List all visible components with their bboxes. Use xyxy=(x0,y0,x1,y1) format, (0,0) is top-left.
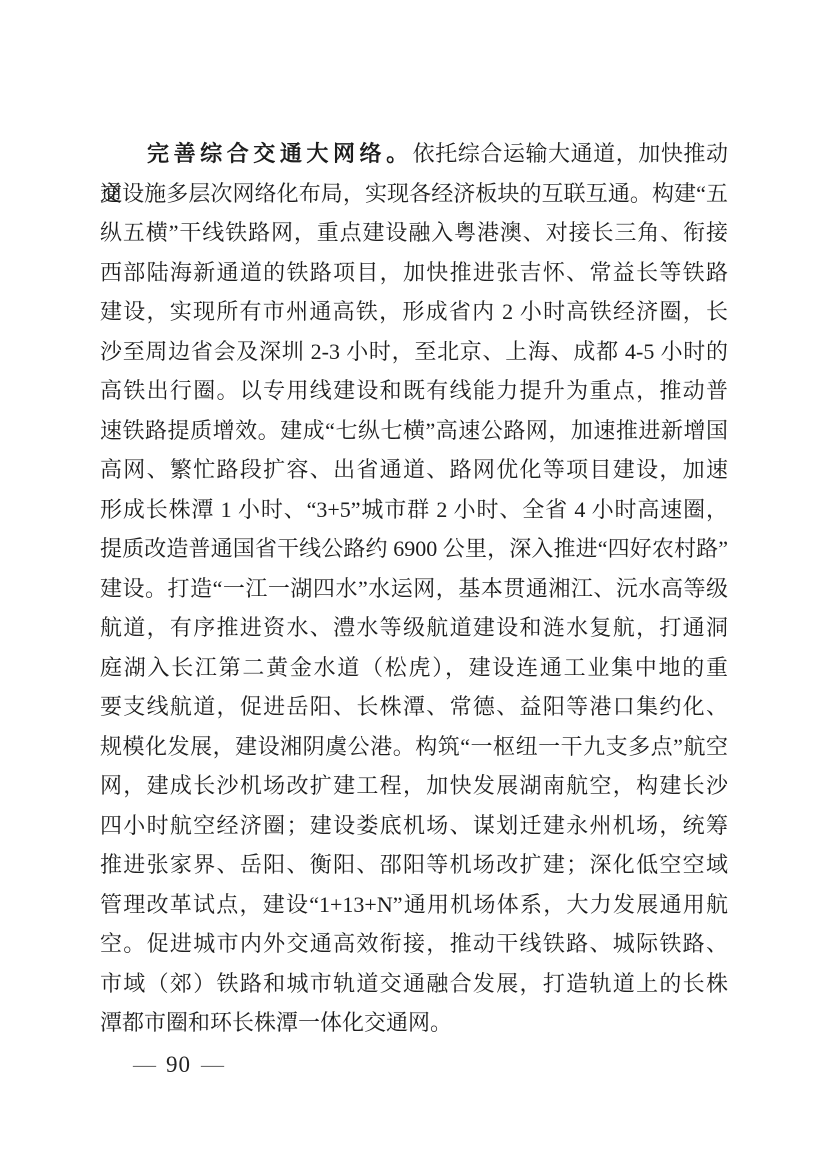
text-line: 形成长株潭 1 小时、“3+5”城市群 2 小时、全省 4 小时高速圈， xyxy=(100,490,728,530)
text-line: 西部陆海新通道的铁路项目，加快推进张吉怀、常益长等铁路 xyxy=(100,253,728,293)
text-line: 空。促进城市内外交通高效衔接，推动干线铁路、城际铁路、 xyxy=(100,924,728,964)
text-line: 完善综合交通大网络。依托综合运输大通道，加快推动交 xyxy=(100,134,728,174)
page-number: 90 xyxy=(166,1050,191,1080)
text-line: 网，建成长沙机场改扩建工程，加快发展湖南航空，构建长沙 xyxy=(100,766,728,806)
page-footer: — 90 — xyxy=(133,1050,224,1080)
text-line: 四小时航空经济圈；建设娄底机场、谋划迁建永州机场，统筹 xyxy=(100,806,728,846)
paragraph-heading: 完善综合交通大网络。 xyxy=(147,141,413,166)
text-line: 建设。打造“一江一湖四水”水运网，基本贯通湘江、沅水高等级 xyxy=(100,569,728,609)
text-line: 纵五横”干线铁路网，重点建设融入粤港澳、对接长三角、衔接 xyxy=(100,213,728,253)
text-line: 潭都市圈和环长株潭一体化交通网。 xyxy=(100,1003,728,1043)
text-line: 市域（郊）铁路和城市轨道交通融合发展，打造轨道上的长株 xyxy=(100,964,728,1004)
text-line: 管理改革试点，建设“1+13+N”通用机场体系，大力发展通用航 xyxy=(100,885,728,925)
text-line: 高铁出行圈。以专用线建设和既有线能力提升为重点，推动普 xyxy=(100,371,728,411)
paragraph: 完善综合交通大网络。依托综合运输大通道，加快推动交通设施多层次网络化布局，实现各… xyxy=(100,134,728,1043)
document-page: 完善综合交通大网络。依托综合运输大通道，加快推动交通设施多层次网络化布局，实现各… xyxy=(0,0,827,1169)
text-line: 规模化发展，建设湘阴虞公港。构筑“一枢纽一干九支多点”航空 xyxy=(100,727,728,767)
text-line: 提质改造普通国省干线公路约 6900 公里，深入推进“四好农村路” xyxy=(100,529,728,569)
footer-dash-left: — xyxy=(133,1050,156,1080)
text-line: 航道，有序推进资水、澧水等级航道建设和涟水复航，打通洞 xyxy=(100,608,728,648)
text-line: 通设施多层次网络化布局，实现各经济板块的互联互通。构建“五 xyxy=(100,174,728,214)
text-line: 庭湖入长江第二黄金水道（松虎），建设连通工业集中地的重 xyxy=(100,648,728,688)
text-line: 高网、繁忙路段扩容、出省通道、路网优化等项目建设，加速 xyxy=(100,450,728,490)
text-line: 推进张家界、岳阳、衡阳、邵阳等机场改扩建；深化低空空域 xyxy=(100,845,728,885)
text-line: 建设，实现所有市州通高铁，形成省内 2 小时高铁经济圈，长 xyxy=(100,292,728,332)
text-line: 速铁路提质增效。建成“七纵七横”高速公路网，加速推进新增国 xyxy=(100,411,728,451)
footer-dash-right: — xyxy=(201,1050,224,1080)
text-line: 沙至周边省会及深圳 2-3 小时，至北京、上海、成都 4-5 小时的 xyxy=(100,332,728,372)
text-line: 要支线航道，促进岳阳、长株潭、常德、益阳等港口集约化、 xyxy=(100,687,728,727)
